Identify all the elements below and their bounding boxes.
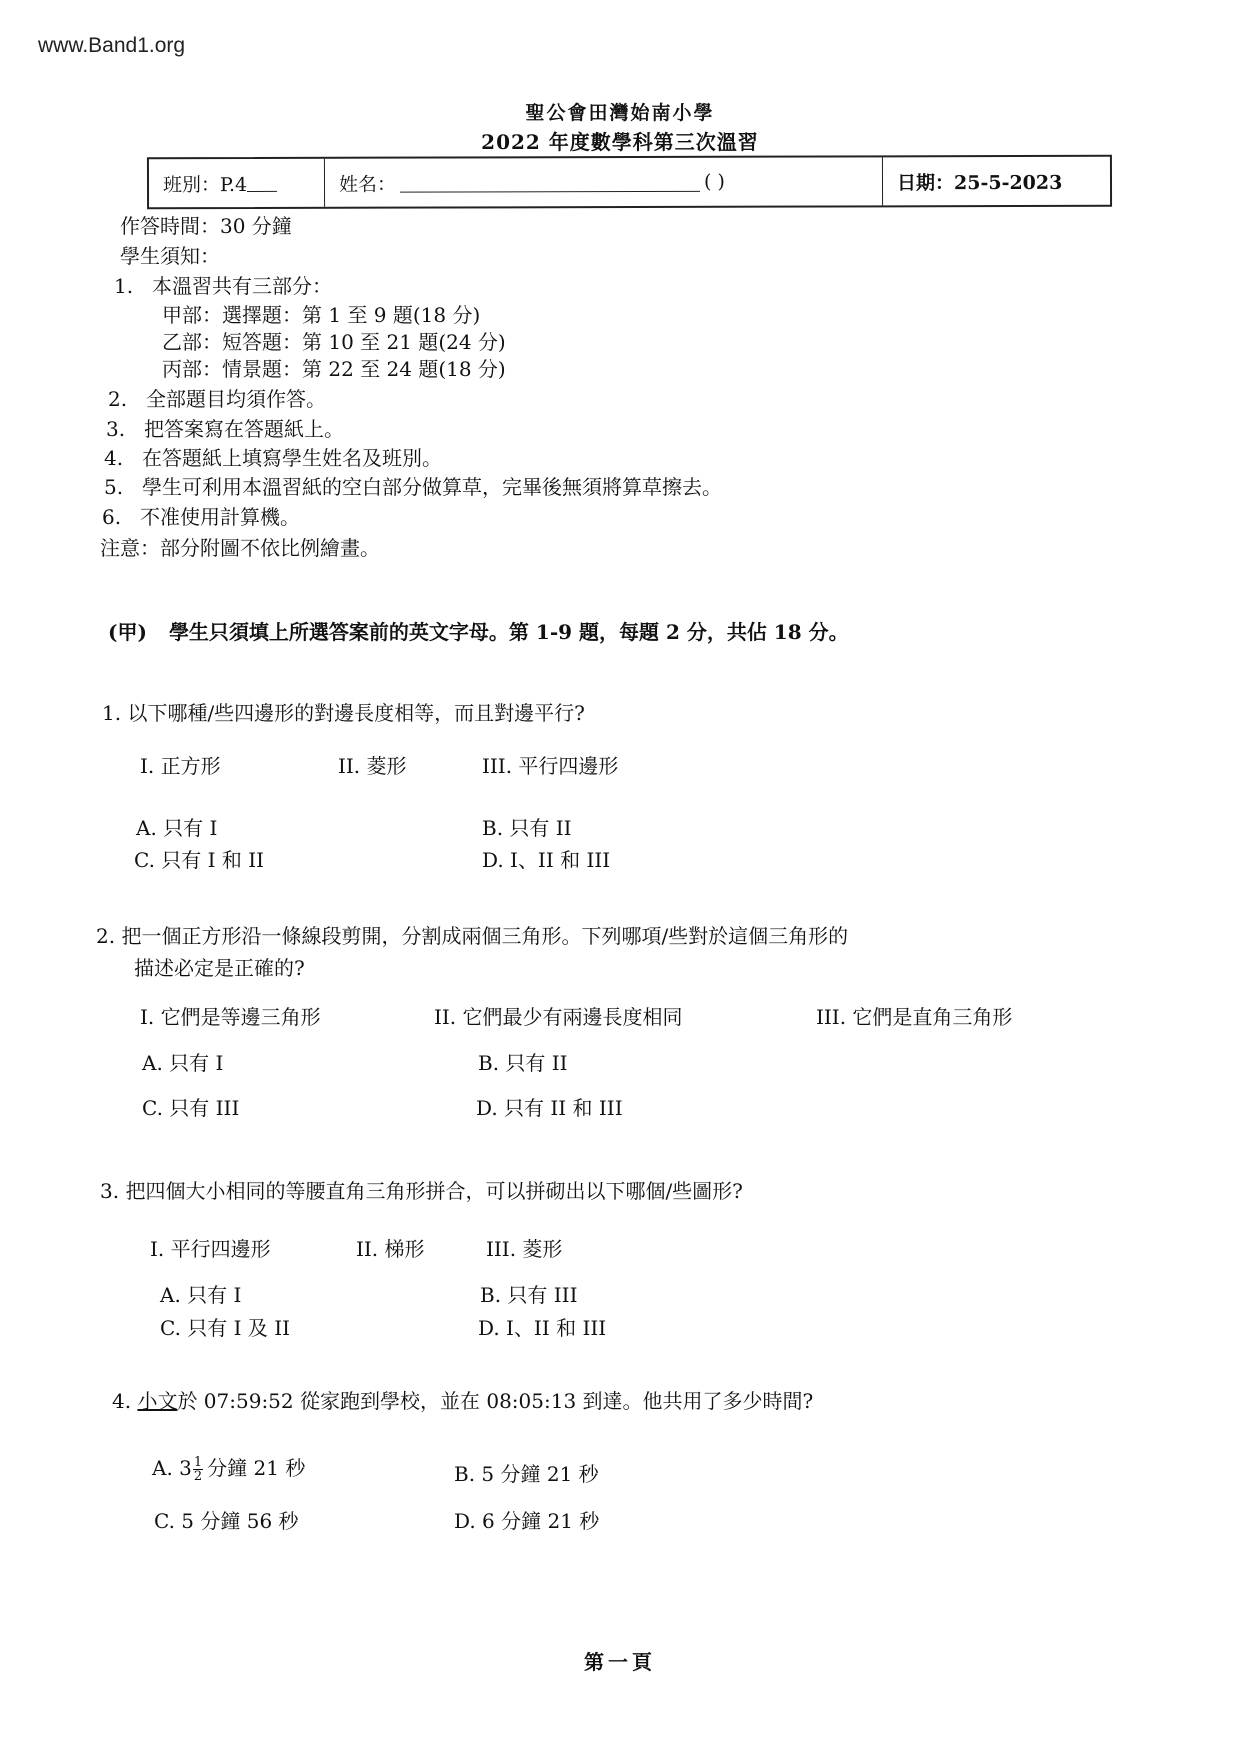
q1-option-d[interactable]: D. I、II 和 III <box>482 844 610 873</box>
time-allowed: 作答時間：30 分鐘 <box>120 210 292 239</box>
q2-statement-2: II. 它們最少有兩邊長度相同 <box>434 1001 683 1030</box>
q3-option-b[interactable]: B. 只有 III <box>480 1279 577 1308</box>
instruction-1: 1.本溫習共有三部分： <box>114 270 332 299</box>
page-number: 第一頁 <box>0 1646 1240 1675</box>
q2-statement-1: I. 它們是等邊三角形 <box>140 1001 321 1030</box>
date-cell: 日期：25-5-2023 <box>883 157 1110 206</box>
q1-option-c[interactable]: C. 只有 I 和 II <box>134 844 264 873</box>
question-3-text: 3. 把四個大小相同的等腰直角三角形拼合，可以拼砌出以下哪個/些圖形? <box>100 1175 743 1204</box>
q1-statement-2: II. 菱形 <box>338 750 407 779</box>
person-name: 小文 <box>137 1389 177 1413</box>
q2-option-c[interactable]: C. 只有 III <box>142 1092 239 1121</box>
question-2-text-line2: 描述必定是正確的? <box>134 952 305 981</box>
question-2-text-line1: 2. 把一個正方形沿一條線段剪開，分割成兩個三角形。下列哪項/些對於這個三角形的 <box>96 920 848 949</box>
q4-option-b[interactable]: B. 5 分鐘 21 秒 <box>454 1458 599 1487</box>
class-blank[interactable] <box>247 174 277 192</box>
class-number-paren: ( ) <box>704 171 725 193</box>
fraction-one-half: 12 <box>193 1456 203 1483</box>
q2-option-b[interactable]: B. 只有 II <box>478 1047 568 1076</box>
section-a-heading: (甲)學生只須填上所選答案前的英文字母。第 1-9 題，每題 2 分，共佔 18… <box>108 616 849 645</box>
exam-title: 2022 年度數學科第三次溫習 <box>0 126 1240 155</box>
school-name: 聖公會田灣始南小學 <box>0 98 1240 125</box>
name-blank[interactable] <box>400 172 700 193</box>
q1-statement-1: I. 正方形 <box>140 750 221 779</box>
instruction-part-b: 乙部：短答題：第 10 至 21 題(24 分) <box>162 326 506 355</box>
q4-option-c[interactable]: C. 5 分鐘 56 秒 <box>154 1505 299 1534</box>
q2-option-d[interactable]: D. 只有 II 和 III <box>476 1092 623 1121</box>
q3-option-c[interactable]: C. 只有 I 及 II <box>160 1312 290 1341</box>
section-instructions: 學生只須填上所選答案前的英文字母。第 1-9 題，每題 2 分，共佔 18 分。 <box>169 620 849 644</box>
q1-option-b[interactable]: B. 只有 II <box>482 812 572 841</box>
q3-option-d[interactable]: D. I、II 和 III <box>478 1312 606 1341</box>
name-label: 姓名： <box>339 169 396 196</box>
notice-title: 學生須知： <box>120 240 220 269</box>
name-cell: 姓名： ( ) <box>325 157 883 206</box>
instruction-5: 5.學生可利用本溫習紙的空白部分做算草，完畢後無須將算草擦去。 <box>104 471 722 500</box>
instruction-6: 6.不准使用計算機。 <box>102 501 300 530</box>
section-tag: (甲) <box>108 616 147 645</box>
q2-option-a[interactable]: A. 只有 I <box>142 1047 223 1076</box>
q3-statement-2: II. 梯形 <box>356 1233 425 1262</box>
q3-option-a[interactable]: A. 只有 I <box>160 1279 241 1308</box>
date-label: 日期：25-5-2023 <box>897 167 1062 194</box>
instruction-2: 2.全部題目均須作答。 <box>108 383 326 412</box>
question-4-text: 4. 小文於 07:59:52 從家跑到學校，並在 08:05:13 到達。他共… <box>112 1385 813 1414</box>
q4-option-a[interactable]: A. 312分鐘 21 秒 <box>152 1452 305 1483</box>
q3-statement-1: I. 平行四邊形 <box>150 1233 271 1262</box>
student-info-box: 班別：P.4 姓名： ( ) 日期：25-5-2023 <box>147 155 1112 210</box>
question-1-text: 1. 以下哪種/些四邊形的對邊長度相等，而且對邊平行? <box>102 697 585 726</box>
q3-statement-3: III. 菱形 <box>486 1233 562 1262</box>
watermark-url: www.Band1.org <box>38 34 185 58</box>
q2-statement-3: III. 它們是直角三角形 <box>816 1001 1012 1030</box>
class-label: 班別：P.4 <box>163 170 247 197</box>
note: 注意：部分附圖不依比例繪畫。 <box>100 532 380 561</box>
instruction-part-a: 甲部：選擇題：第 1 至 9 題(18 分) <box>162 299 480 328</box>
q1-statement-3: III. 平行四邊形 <box>482 750 618 779</box>
instruction-4: 4.在答題紙上填寫學生姓名及班別。 <box>104 442 442 471</box>
instruction-3: 3.把答案寫在答題紙上。 <box>106 413 344 442</box>
q1-option-a[interactable]: A. 只有 I <box>136 812 217 841</box>
class-cell: 班別：P.4 <box>149 159 325 207</box>
instruction-part-c: 丙部：情景題：第 22 至 24 題(18 分) <box>162 353 506 382</box>
q4-option-d[interactable]: D. 6 分鐘 21 秒 <box>454 1505 599 1534</box>
